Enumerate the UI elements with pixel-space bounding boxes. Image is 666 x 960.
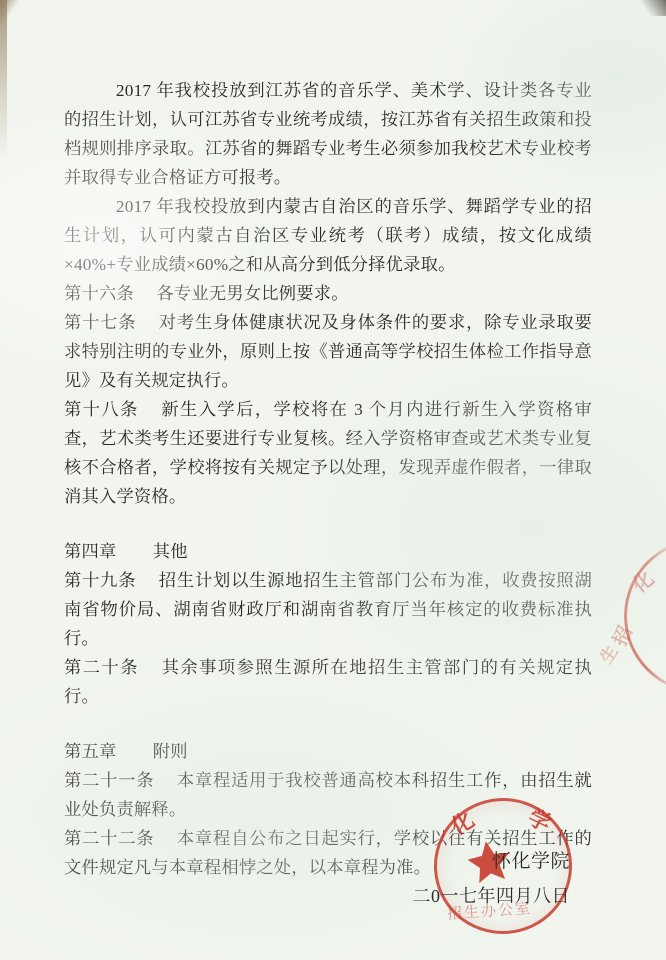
- document-body: 2017 年我校投放到江苏省的音乐学、美术学、设计类各专业的招生计划，认可江苏省…: [64, 76, 592, 882]
- article-label: 第二十一条: [64, 771, 154, 790]
- chapter-title: 附则: [153, 742, 188, 761]
- article-label: 第十七条: [64, 313, 136, 332]
- article-text: 对考生身体健康状况及身体条件的要求，除专业录取要求特别注明的专业外，原则上按《普…: [64, 313, 592, 390]
- paragraph-jiangsu: 2017 年我校投放到江苏省的音乐学、美术学、设计类各专业的招生计划，认可江苏省…: [64, 76, 592, 192]
- paragraph-neimenggu: 2017 年我校投放到内蒙古自治区的音乐学、舞蹈学专业的招生计划，认可内蒙古自治…: [64, 192, 592, 279]
- chapter-heading-5: 第五章附则: [64, 737, 592, 766]
- article-text: 招生计划以生源地招生主管部门公布为准，收费按照湖南省物价局、湖南省财政厅和湖南省…: [64, 571, 592, 648]
- article-text: 其余事项参照生源所在地招生主管部门的有关规定执行。: [64, 658, 592, 706]
- chapter-title: 其他: [153, 542, 188, 561]
- article-clause-20: 第二十条其余事项参照生源所在地招生主管部门的有关规定执行。: [64, 653, 592, 711]
- partial-seal-stamp: [624, 538, 666, 694]
- article-label: 第十六条: [64, 284, 134, 303]
- article-clause-18: 第十八条新生入学后，学校将在 3 个月内进行新生入学资格审查，艺术类考生还要进行…: [64, 395, 592, 511]
- article-label: 第十八条: [64, 400, 139, 419]
- article-clause-17: 第十七条对考生身体健康状况及身体条件的要求，除专业录取要求特别注明的专业外，原则…: [64, 308, 592, 395]
- article-label: 第二十条: [64, 658, 139, 677]
- article-clause-16: 第十六条各专业无男女比例要求。: [64, 279, 592, 308]
- scan-corner-artifact-top-right: [638, 0, 666, 16]
- chapter-label: 第四章: [64, 542, 116, 561]
- article-clause-19: 第十九条招生计划以生源地招生主管部门公布为准，收费按照湖南省物价局、湖南省财政厅…: [64, 566, 592, 653]
- chapter-heading-4: 第四章其他: [64, 537, 592, 566]
- article-label: 第十九条: [64, 571, 136, 590]
- signature-block: 怀化学院 二0一七年四月八日: [0, 846, 570, 908]
- article-text: 各专业无男女比例要求。: [156, 284, 348, 303]
- signature-org: 怀化学院: [0, 846, 570, 873]
- scan-edge-artifact-left: [0, 0, 7, 165]
- scanned-document-page: 2017 年我校投放到江苏省的音乐学、美术学、设计类各专业的招生计划，认可江苏省…: [0, 0, 666, 960]
- chapter-label: 第五章: [64, 742, 116, 761]
- article-text: 新生入学后，学校将在 3 个月内进行新生入学资格审查，艺术类考生还要进行专业复核…: [64, 400, 592, 506]
- signature-date: 二0一七年四月八日: [0, 882, 570, 908]
